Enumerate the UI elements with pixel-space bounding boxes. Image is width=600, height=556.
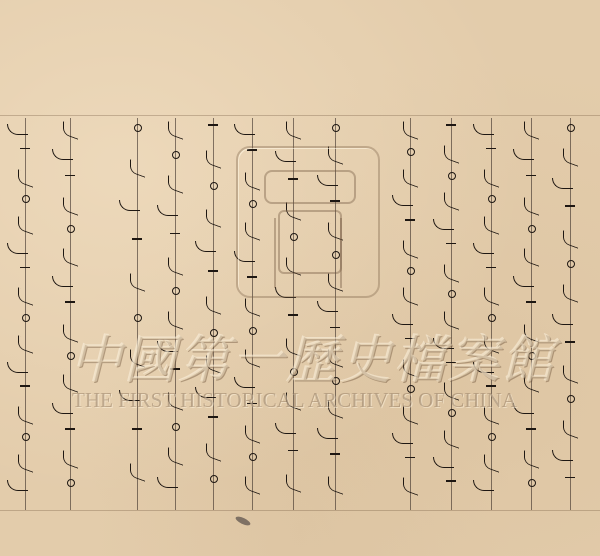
watermark-english-text: THE FIRST HISTORICAL ARCHIVES OF CHINA (72, 388, 552, 413)
manchu-text-column (451, 118, 453, 510)
manchu-text-column (410, 118, 412, 510)
manchu-text-column (175, 118, 177, 510)
bottom-ruling-line (0, 510, 600, 511)
manchu-text-column (25, 118, 27, 510)
manchu-text-column (137, 118, 139, 510)
archive-seal-watermark (236, 146, 380, 298)
manchu-text-column (531, 118, 533, 510)
manchu-text-column (491, 118, 493, 510)
manchu-text-column (70, 118, 72, 510)
watermark-chinese-text: 中國第一歷史檔案館 (70, 318, 550, 393)
ink-stain (234, 515, 251, 527)
top-ruling-line (0, 115, 600, 116)
manchu-text-column (570, 118, 572, 510)
manchu-text-column (213, 118, 215, 510)
